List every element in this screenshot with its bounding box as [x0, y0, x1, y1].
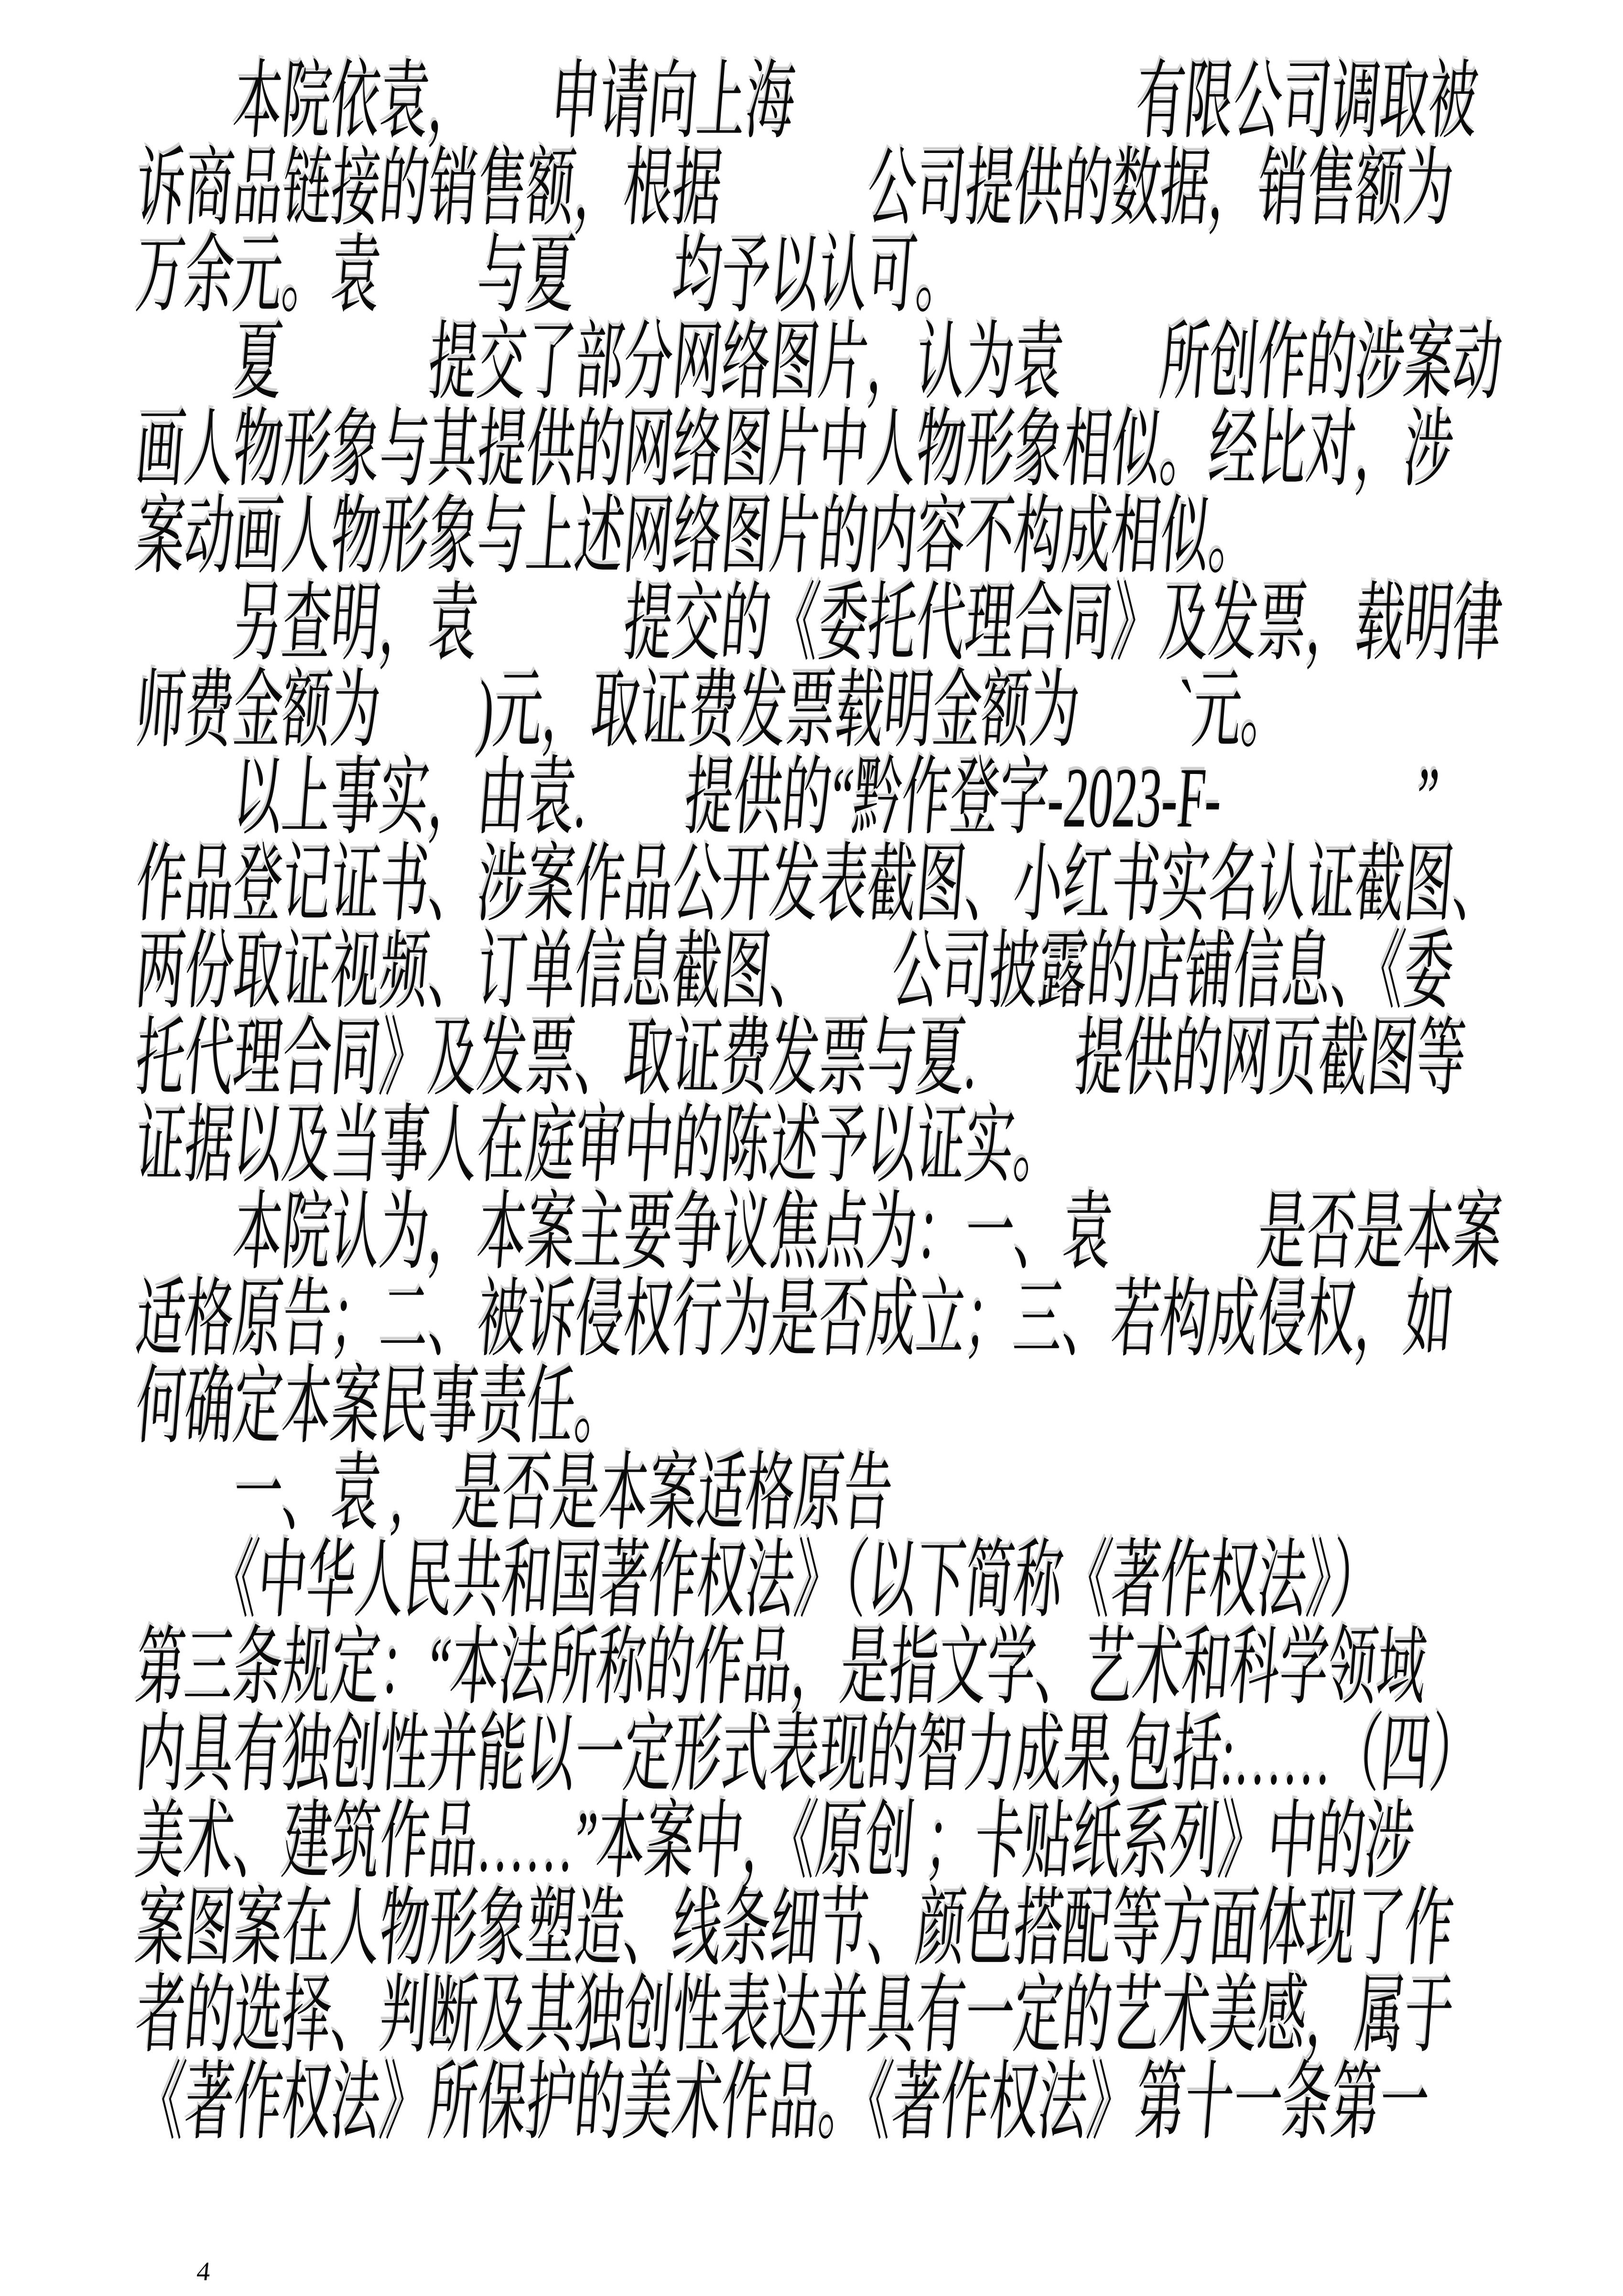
text-line: 证据以及当事人在庭审中的陈述予以证实。	[133, 1102, 1603, 1189]
text-line: 者的选择、判断及其独创性表达并具有一定的艺术美感，属于	[133, 1972, 1603, 2059]
text-line: 本院认为，本案主要争议焦点为：一、袁 是否是本案	[133, 1189, 1603, 1276]
text-line: 以上事实，由袁. 提供的“黔作登字-2023-F- ”	[133, 754, 1603, 841]
text-line: 何确定本案民事责任。	[133, 1363, 1603, 1450]
document-text: 本院依袁， 申请向上海 有限公司调取被诉商品链接的销售额，根据 公司提供的数据，…	[136, 58, 1623, 2146]
text-line: 托代理合同》及发票、取证费发票与夏. 提供的网页截图等	[133, 1015, 1603, 1102]
text-line: 作品登记证书、涉案作品公开发表截图、小红书实名认证截图、	[133, 841, 1603, 928]
text-line: 《中华人民共和国著作权法》（以下简称《著作权法》）	[133, 1537, 1603, 1624]
document-page: 本院依袁， 申请向上海 有限公司调取被诉商品链接的销售额，根据 公司提供的数据，…	[0, 0, 1623, 2296]
text-line: 适格原告；二、被诉侵权行为是否成立；三、若构成侵权，如	[133, 1276, 1603, 1363]
text-line: 诉商品链接的销售额，根据 公司提供的数据，销售额为	[133, 145, 1603, 232]
text-line: 第三条规定：“本法所称的作品，是指文学、艺术和科学领域	[133, 1624, 1603, 1711]
text-line: 一、袁 , 是否是本案适格原告	[133, 1450, 1603, 1537]
text-line: 《著作权法》所保护的美术作品。《著作权法》第十一条第一	[133, 2059, 1603, 2146]
text-line: 画人物形象与其提供的网络图片中人物形象相似。经比对，涉	[133, 406, 1603, 493]
text-line: 案图案在人物形象塑造、线条细节、颜色搭配等方面体现了作	[133, 1885, 1603, 1972]
text-line: 内具有独创性并能以一定形式表现的智力成果,包括:……（四）	[133, 1711, 1603, 1798]
text-line: 师费金额为 )元，取证费发票载明金额为 `元。	[133, 667, 1603, 754]
text-line: 夏 提交了部分网络图片，认为袁 所创作的涉案动	[133, 319, 1603, 406]
text-line: 本院依袁， 申请向上海 有限公司调取被	[133, 58, 1603, 145]
text-line: 美术、建筑作品……”本案中，《原创 ；卡贴纸系列》中的涉	[133, 1798, 1603, 1885]
page-number: 4	[195, 2257, 212, 2286]
text-line: 两份取证视频、订单信息截图、 公司披露的店铺信息、《委	[133, 928, 1603, 1015]
text-line: 万余元。袁 与夏 均予以认可。	[133, 232, 1603, 319]
text-line: 案动画人物形象与上述网络图片的内容不构成相似。	[133, 493, 1603, 580]
text-line: 另查明，袁 提交的《委托代理合同》及发票，载明律	[133, 580, 1603, 667]
